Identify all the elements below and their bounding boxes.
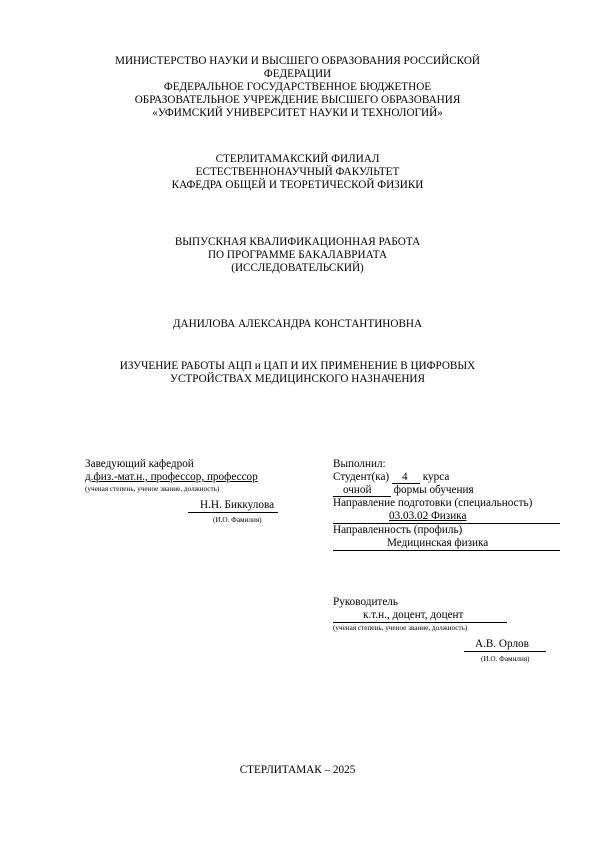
course-suffix: курса xyxy=(423,471,450,483)
work-type-line: ВЫПУСКНАЯ КВАЛИФИКАЦИОННАЯ РАБОТА xyxy=(0,236,595,249)
header-line: ФЕДЕРАЦИИ xyxy=(0,68,595,81)
header-line: «УФИМСКИЙ УНИВЕРСИТЕТ НАУКИ И ТЕХНОЛОГИЙ… xyxy=(0,107,595,120)
head-name-caption: (И.О. Фамилия) xyxy=(213,515,262,525)
performer-label: Выполнил: xyxy=(333,458,386,471)
author-name: ДАНИЛОВА АЛЕКСАНДРА КОНСТАНТИНОВНА xyxy=(0,318,595,331)
author-name-text: ДАНИЛОВА АЛЕКСАНДРА КОНСТАНТИНОВНА xyxy=(0,318,595,331)
head-label: Заведующий кафедрой xyxy=(85,458,194,471)
study-form-value: очной xyxy=(343,484,372,497)
direction-label: Направление подготовки (специальность) xyxy=(333,497,532,510)
header-line: МИНИСТЕРСТВО НАУКИ И ВЫСШЕГО ОБРАЗОВАНИЯ… xyxy=(0,55,595,68)
supervisor-degree: к.т.н., доцент, доцент xyxy=(363,609,463,622)
work-type-block: ВЫПУСКНАЯ КВАЛИФИКАЦИОННАЯ РАБОТА ПО ПРО… xyxy=(0,236,595,275)
header-line: ФЕДЕРАЛЬНОЕ ГОСУДАРСТВЕННОЕ БЮДЖЕТНОЕ xyxy=(0,81,595,94)
header-line: ОБРАЗОВАТЕЛЬНОЕ УЧРЕЖДЕНИЕ ВЫСШЕГО ОБРАЗ… xyxy=(0,94,595,107)
course-field: 4 xyxy=(392,471,420,484)
head-name-field: Н.Н. Биккулова xyxy=(188,499,278,513)
head-name: Н.Н. Биккулова xyxy=(200,499,274,512)
supervisor-name-field: А.В. Орлов xyxy=(464,638,546,652)
study-form-suffix: формы обучения xyxy=(394,484,474,496)
title-line: ИЗУЧЕНИЕ РАБОТЫ АЦП и ЦАП И ИХ ПРИМЕНЕНИ… xyxy=(0,360,595,373)
city-year-text: СТЕРЛИТАМАК – 2025 xyxy=(0,764,595,777)
branch-line: КАФЕДРА ОБЩЕЙ И ТЕОРЕТИЧЕСКОЙ ФИЗИКИ xyxy=(0,179,595,192)
student-prefix: Студент(ка) xyxy=(333,471,389,483)
supervisor-name: А.В. Орлов xyxy=(475,638,529,651)
city-year: СТЕРЛИТАМАК – 2025 xyxy=(0,764,595,777)
head-degree-caption: (ученая степень, ученое звание, должност… xyxy=(85,484,219,494)
work-type-line: ПО ПРОГРАММЕ БАКАЛАВРИАТА xyxy=(0,249,595,262)
supervisor-label: Руководитель xyxy=(333,596,398,609)
title-line: УСТРОЙСТВАХ МЕДИЦИНСКОГО НАЗНАЧЕНИЯ xyxy=(0,373,595,386)
branch-line: СТЕРЛИТАМАКСКИЙ ФИЛИАЛ xyxy=(0,153,595,166)
course-value: 4 xyxy=(402,471,408,484)
supervisor-name-caption: (И.О. Фамилия) xyxy=(481,654,530,664)
ministry-header: МИНИСТЕРСТВО НАУКИ И ВЫСШЕГО ОБРАЗОВАНИЯ… xyxy=(0,55,595,120)
profile-field: Медицинская физика xyxy=(333,537,560,551)
profile-value: Медицинская физика xyxy=(387,537,488,550)
supervisor-degree-field: к.т.н., доцент, доцент xyxy=(333,609,507,623)
direction-value: 03.03.02 Физика xyxy=(389,510,466,523)
profile-label: Направленность (профиль) xyxy=(333,524,462,537)
supervisor-degree-caption: (ученая степень, ученое звание, должност… xyxy=(333,623,467,633)
branch-block: СТЕРЛИТАМАКСКИЙ ФИЛИАЛ ЕСТЕСТВЕННОНАУЧНЫ… xyxy=(0,153,595,192)
work-type-line: (ИССЛЕДОВАТЕЛЬСКИЙ) xyxy=(0,262,595,275)
thesis-title: ИЗУЧЕНИЕ РАБОТЫ АЦП и ЦАП И ИХ ПРИМЕНЕНИ… xyxy=(0,360,595,386)
student-course-line: Студент(ка) 4 курса xyxy=(333,471,449,484)
study-form-field: очной xyxy=(333,484,391,497)
branch-line: ЕСТЕСТВЕННОНАУЧНЫЙ ФАКУЛЬТЕТ xyxy=(0,166,595,179)
direction-field: 03.03.02 Физика xyxy=(333,510,560,524)
study-form-line: очной формы обучения xyxy=(333,484,474,497)
head-degree: д.физ.-мат.н., профессор, профессор xyxy=(85,471,258,484)
